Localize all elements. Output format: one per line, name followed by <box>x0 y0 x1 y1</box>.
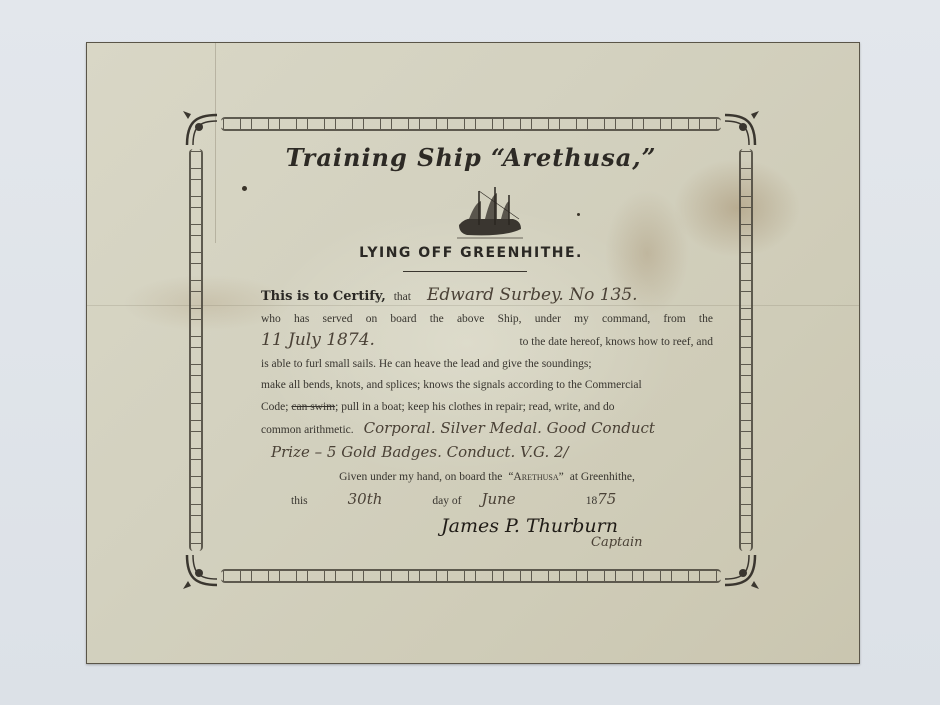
word: board <box>390 309 416 331</box>
year-prefix: 18 <box>586 491 598 513</box>
chain-border-frame: Training Ship “Arethusa,” LYING OFF GREE… <box>187 115 755 585</box>
body-text: is able to furl small sails. He can heav… <box>261 354 592 376</box>
certificate-body: This is to Certify, that Edward Surbey. … <box>261 285 713 553</box>
sailing-ship-icon <box>455 185 525 241</box>
served-line: who has served on board the above Ship, … <box>261 309 713 331</box>
given-line: Given under my hand, on board the “Areth… <box>261 467 713 489</box>
body-text: at Greenhithe, <box>570 467 635 489</box>
recipient-name: Edward Surbey. No 135. <box>427 285 638 307</box>
from-date-line: 11 July 1874. to the date hereof, knows … <box>261 330 713 354</box>
from-date: 11 July 1874. <box>261 330 375 352</box>
certify-line: This is to Certify, that Edward Surbey. … <box>261 285 713 309</box>
divider-rule <box>403 271 527 272</box>
word: command, <box>602 309 650 331</box>
body-text: this <box>291 491 308 513</box>
that-text: that <box>394 287 411 309</box>
certify-lead: This is to Certify, <box>261 286 386 308</box>
day-value: 30th <box>348 489 383 511</box>
remarks-handwritten: Corporal. Silver Medal. Good Conduct <box>364 418 655 440</box>
word: who <box>261 309 281 331</box>
sails-line: is able to furl small sails. He can heav… <box>261 354 713 376</box>
knots-line: make all bends, knots, and splices; know… <box>261 375 713 397</box>
chain-border-top <box>221 117 721 131</box>
word: my <box>574 309 589 331</box>
chain-border-bottom <box>221 569 721 583</box>
struck-text: can swim <box>291 397 335 419</box>
body-text: Given under my hand, on board the <box>339 467 502 489</box>
word: on <box>366 309 378 331</box>
reef-text: to the date hereof, knows how to reef, a… <box>519 332 713 354</box>
word: under <box>535 309 561 331</box>
remarks-line-2: Prize – 5 Gold Badges. Conduct. V.G. 2/ <box>261 442 713 464</box>
month-value: June <box>481 489 515 511</box>
chain-border-right <box>739 149 753 551</box>
body-text: make all bends, knots, and splices; know… <box>261 375 642 397</box>
word: above <box>457 309 484 331</box>
ornament-corner-icon <box>181 551 221 591</box>
ship-name: “Arethusa” <box>508 467 563 489</box>
certificate-subtitle: LYING OFF GREENHITHE. <box>187 245 755 261</box>
word: has <box>294 309 309 331</box>
body-text: day of <box>432 491 461 513</box>
body-text: ; pull in a boat; keep his clothes in re… <box>335 397 614 419</box>
chain-border-left <box>189 149 203 551</box>
body-text: Code; <box>261 397 288 419</box>
ornament-corner-icon <box>721 551 761 591</box>
word: the <box>699 309 713 331</box>
year-value: 75 <box>597 489 616 511</box>
word: Ship, <box>498 309 522 331</box>
date-line: this 30th day of June 1875 <box>261 489 713 513</box>
code-line: Code; can swim; pull in a boat; keep his… <box>261 397 713 419</box>
arithmetic-line: common arithmetic. Corporal. Silver Meda… <box>261 418 713 442</box>
certificate-title: Training Ship “Arethusa,” <box>187 143 755 172</box>
remarks-handwritten: Prize – 5 Gold Badges. Conduct. V.G. 2/ <box>271 442 569 464</box>
certificate-paper: Training Ship “Arethusa,” LYING OFF GREE… <box>86 42 860 664</box>
word: served <box>323 309 353 331</box>
captain-title: Captain <box>591 532 643 554</box>
body-text: common arithmetic. <box>261 420 354 442</box>
word: the <box>430 309 444 331</box>
word: from <box>663 309 685 331</box>
